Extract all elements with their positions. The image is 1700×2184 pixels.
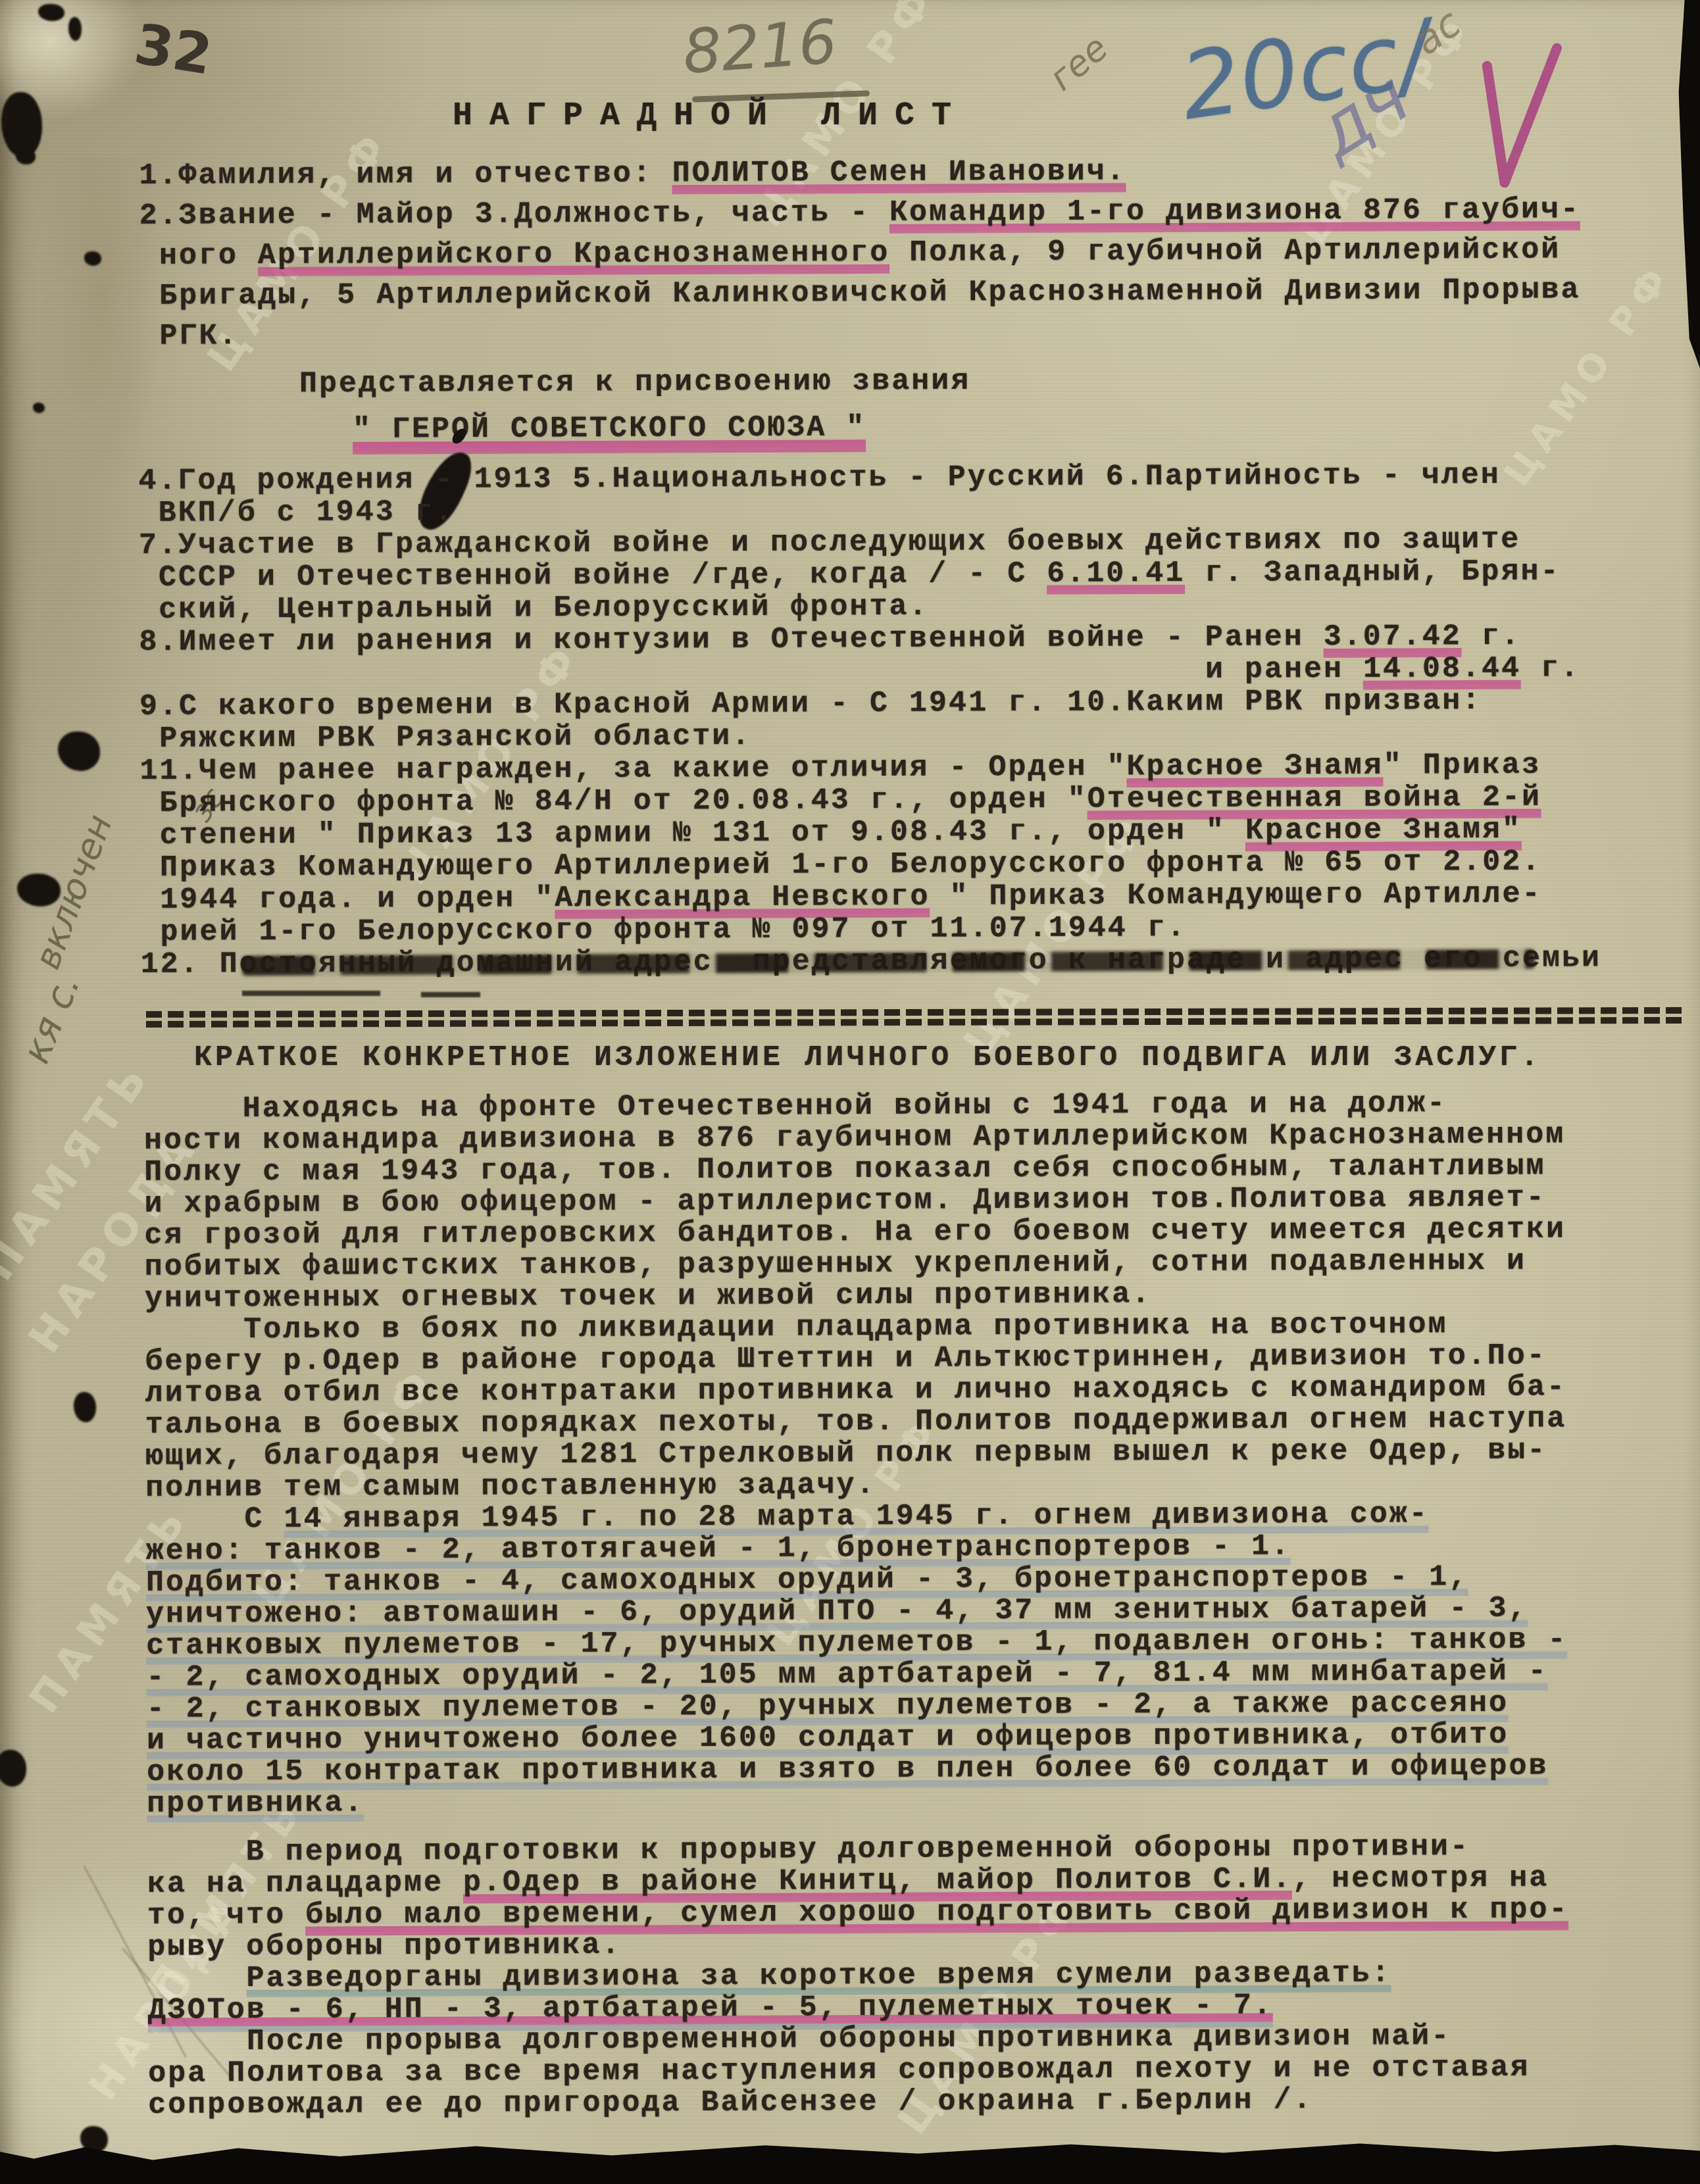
typed-line: то, что было мало времени, сумел хорошо … — [147, 1894, 1569, 1931]
margin-note: кя с. — [13, 968, 89, 1069]
typed-text-segment: противника. — [147, 1786, 364, 1822]
typed-line: 2.Звание - Майор 3.Должность, часть - Ко… — [139, 189, 1581, 236]
hero-title-line: " ГЕРОЙ СОВЕТСКОГО СОЮЗА " — [353, 410, 866, 446]
typed-text-segment: ора Политова за все время наступления со… — [148, 2051, 1530, 2091]
section-title: КРАТКОЕ КОНКРЕТНОЕ ИЗЛОЖЕНИЕ ЛИЧНОГО БОЕ… — [194, 1041, 1541, 1074]
typed-line: 9.С какого времени в Красной Армии - С 1… — [139, 684, 1601, 723]
typed-text-segment: полнив тем самым поставленную задачу. — [145, 1468, 876, 1505]
typed-line: около 15 контратак противника и взято в … — [147, 1750, 1568, 1788]
typed-line: 1944 года. и орден "Александра Невского … — [140, 878, 1601, 916]
typed-line: РГК. — [139, 310, 1581, 357]
pencil-note: гее — [1041, 27, 1116, 99]
typed-text-segment: побитых фашистских танков, разрушенных у… — [145, 1245, 1527, 1284]
scan-edge-artifact — [0, 2138, 1700, 2184]
typed-text-segment — [147, 1962, 246, 1996]
paper-hole — [74, 1392, 96, 1422]
typed-text-segment: то, что — [147, 1899, 305, 1933]
typed-text-segment: Командир 1-го дивизиона 876 гаубич- — [889, 193, 1580, 234]
document-title: НАГРАДНОЙ ЛИСТ — [453, 97, 968, 135]
typed-text-segment: 11.Чем ранее награжден, за какие отличия… — [139, 750, 1126, 788]
form-fields-top: 1.Фамилия, имя и отчество: ПОЛИТОВ Семен… — [139, 149, 1581, 357]
typed-text-segment: " Приказ — [1383, 749, 1541, 783]
typed-text-segment: ПОЛИТОВ Семен Иванович. — [672, 155, 1126, 194]
divider-dash — [242, 991, 380, 996]
section-divider — [146, 1007, 1684, 1018]
registry-number-handwritten: 8216 — [681, 7, 839, 87]
typed-text-segment: 9.С какого времени в Красной Армии - С 1… — [139, 684, 1482, 724]
typed-text-segment: 2.Звание - Майор 3.Должность, часть - — [139, 196, 889, 233]
typed-line: побитых фашистских танков, разрушенных у… — [145, 1245, 1566, 1283]
typed-line: Разведорганы дивизиона за короткое время… — [147, 1957, 1569, 1995]
paper-hole — [58, 732, 100, 771]
typed-text-segment: сопровождал ее до пригорода Вайсензее / … — [148, 2083, 1312, 2122]
ink-speck — [84, 251, 101, 266]
typed-line: СССР и Отечественной войне /где, когда /… — [139, 555, 1600, 594]
typed-text-segment: Брянского фронта № 84/Н от 20.08.43 г., … — [139, 783, 1087, 820]
typed-line: ора Политова за все время наступления со… — [148, 2052, 1570, 2089]
typed-text-segment: рыву обороны противника. — [147, 1929, 621, 1964]
ink-speck — [33, 403, 45, 413]
typed-text-segment: СССР и Отечественной войне /где, когда /… — [139, 557, 1047, 595]
typed-text-segment: г. — [1462, 620, 1521, 653]
typed-text-segment: Бригады, 5 Артиллерийской Калинковичской… — [139, 273, 1581, 313]
typed-text-segment: ка на плацдарме — [147, 1866, 463, 1901]
section-divider — [146, 1017, 1684, 1028]
citation-paragraph: С 14 января 1945 г. по 28 марта 1945 г. … — [145, 1498, 1568, 1820]
citation-paragraph: В период подготовки к прорыву долговреме… — [147, 1831, 1569, 1963]
typed-text-segment: ВКП/б с 1943 г. — [139, 495, 455, 530]
typed-text-segment: 6.10.41 — [1047, 557, 1185, 595]
typed-line: ного Артиллерийского Краснознаменного По… — [139, 230, 1581, 276]
typed-line: 4.Год рождения - 1913 5.Национальность -… — [138, 459, 1599, 497]
paper-hole — [0, 1750, 26, 1787]
page-number-handwritten: 32 — [130, 11, 216, 87]
citation-body: Находясь на фронте Отечественной войны с… — [144, 1087, 1570, 2121]
citation-paragraph: После прорыва долговременной обороны про… — [148, 2020, 1570, 2121]
typed-text-segment: 1944 года. и орден " — [140, 881, 555, 917]
typed-text-segment: 4.Год рождения - 1913 5.Национальность -… — [138, 459, 1501, 498]
typed-text-segment: ский, Центральный и Белорусский фронта. — [139, 590, 928, 627]
paper-hole — [68, 17, 82, 41]
typed-line: 1.Фамилия, имя и отчество: ПОЛИТОВ Семен… — [139, 149, 1580, 196]
typed-text-segment: около 15 контратак противника и взято в … — [147, 1749, 1549, 1791]
presentation-line: Представляется к присвоению звания — [299, 364, 970, 401]
typed-text-segment: Ряжским РВК Рязанской области. — [139, 720, 751, 756]
citation-paragraph: Разведорганы дивизиона за короткое время… — [147, 1957, 1569, 2026]
typed-text-segment: РГК. — [139, 319, 238, 353]
paper-hole — [1, 92, 42, 158]
typed-text-segment: " ГЕРОЙ СОВЕТСКОГО СОЮЗА " — [353, 410, 866, 454]
form-fields-items: 4.Год рождения - 1913 5.Национальность -… — [138, 459, 1601, 981]
typed-text-segment: г. — [1521, 651, 1580, 685]
typed-text-segment: ного — [139, 239, 258, 273]
typed-line: С 14 января 1945 г. по 28 марта 1945 г. … — [145, 1498, 1567, 1535]
typed-line: ющих, благодаря чему 1281 Стрелковый пол… — [145, 1435, 1567, 1472]
typed-text-segment: " Приказ Командующего Артилле- — [930, 878, 1541, 914]
typed-line: Бригады, 5 Артиллерийской Калинковичской… — [139, 270, 1581, 316]
typed-line: " ГЕРОЙ СОВЕТСКОГО СОЮЗА " — [353, 410, 866, 446]
typed-text-segment: г. Западный, Брян- — [1185, 555, 1560, 589]
typed-text-segment: , несмотря на — [1292, 1861, 1549, 1896]
document-page: ЦАМО РФЦАМО РФЦАМО РФЦАМО РФПАМЯТЬНАРОДА… — [0, 0, 1700, 2184]
citation-paragraph: Только в боях по ликвидации плацдарма пр… — [145, 1308, 1567, 1504]
typed-line: сопровождал ее до пригорода Вайсензее / … — [148, 2083, 1570, 2121]
scan-edge-artifact — [1676, 0, 1700, 368]
divider-dash — [421, 992, 480, 997]
citation-paragraph: Находясь на фронте Отечественной войны с… — [144, 1087, 1566, 1314]
typed-text-segment: Полка, 9 гаубичной Артиллерийской — [889, 233, 1561, 269]
typed-text-segment: ющих, благодаря чему 1281 Стрелковый пол… — [145, 1433, 1547, 1473]
paper-hole — [38, 4, 64, 21]
paper-hole — [16, 149, 36, 164]
typed-text-segment: С — [145, 1502, 284, 1537]
typed-text-segment: Артиллерийского Краснознаменного — [258, 236, 889, 276]
typed-text-segment: 1.Фамилия, имя и отчество: — [139, 157, 672, 193]
